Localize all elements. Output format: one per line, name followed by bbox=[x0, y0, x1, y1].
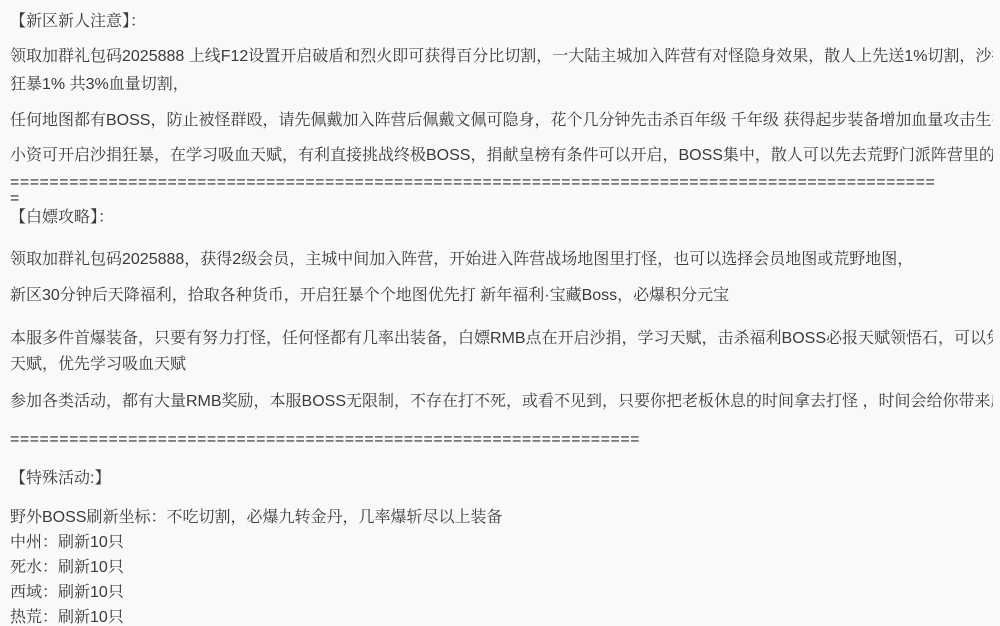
paragraph-free-giftcode: 领取加群礼包码2025888，获得2级会员，主城中间加入阵营，开始进入阵营战场地… bbox=[10, 246, 993, 274]
section-heading-special-events: 【特殊活动:】 bbox=[10, 465, 993, 493]
boss-spawn-coordinates-list: 野外BOSS刷新坐标：不吃切割，必爆九转金丹，几率爆斩尽以上装备 中州：刷新10… bbox=[10, 505, 993, 626]
paragraph-equipment-drop: 本服多件首爆装备，只要有努力打怪，任何怪都有几率出装备，白嫖RMB点在开启沙捐，… bbox=[10, 326, 993, 378]
separator-equals-short: ========================================… bbox=[10, 426, 993, 454]
section-heading-newbie-notice: 【新区新人注意】： bbox=[10, 8, 993, 36]
announcement-document: 【新区新人注意】： 领取加群礼包码2025888 上线F12设置开启破盾和烈火即… bbox=[0, 0, 1000, 626]
paragraph-xiaozi-tips: 小资可开启沙捐狂暴，在学习吸血天赋，有利直接挑战终极BOSS，捐献皇榜有条件可以… bbox=[10, 142, 993, 170]
paragraph-boss-maps: 任何地图都有BOSS，防止被怪群殴，请先佩戴加入阵营后佩戴文佩可隐身，花个几分钟… bbox=[10, 107, 993, 135]
paragraph-activity-rewards: 参加各类活动，都有大量RMB奖励，本服BOSS无限制，不存在打不死，或看不见到，… bbox=[10, 388, 993, 416]
paragraph-giftcode-cut: 领取加群礼包码2025888 上线F12设置开启破盾和烈火即可获得百分比切割，一… bbox=[10, 43, 993, 99]
paragraph-welfare-drop: 新区30分钟后天降福利，拾取各种货币，开启狂暴个个地图优先打 新年福利·宝藏Bo… bbox=[10, 282, 993, 310]
section-heading-free-guide: 【白嫖攻略】： bbox=[10, 207, 993, 229]
separator-equals-long: ========================================… bbox=[10, 175, 993, 207]
